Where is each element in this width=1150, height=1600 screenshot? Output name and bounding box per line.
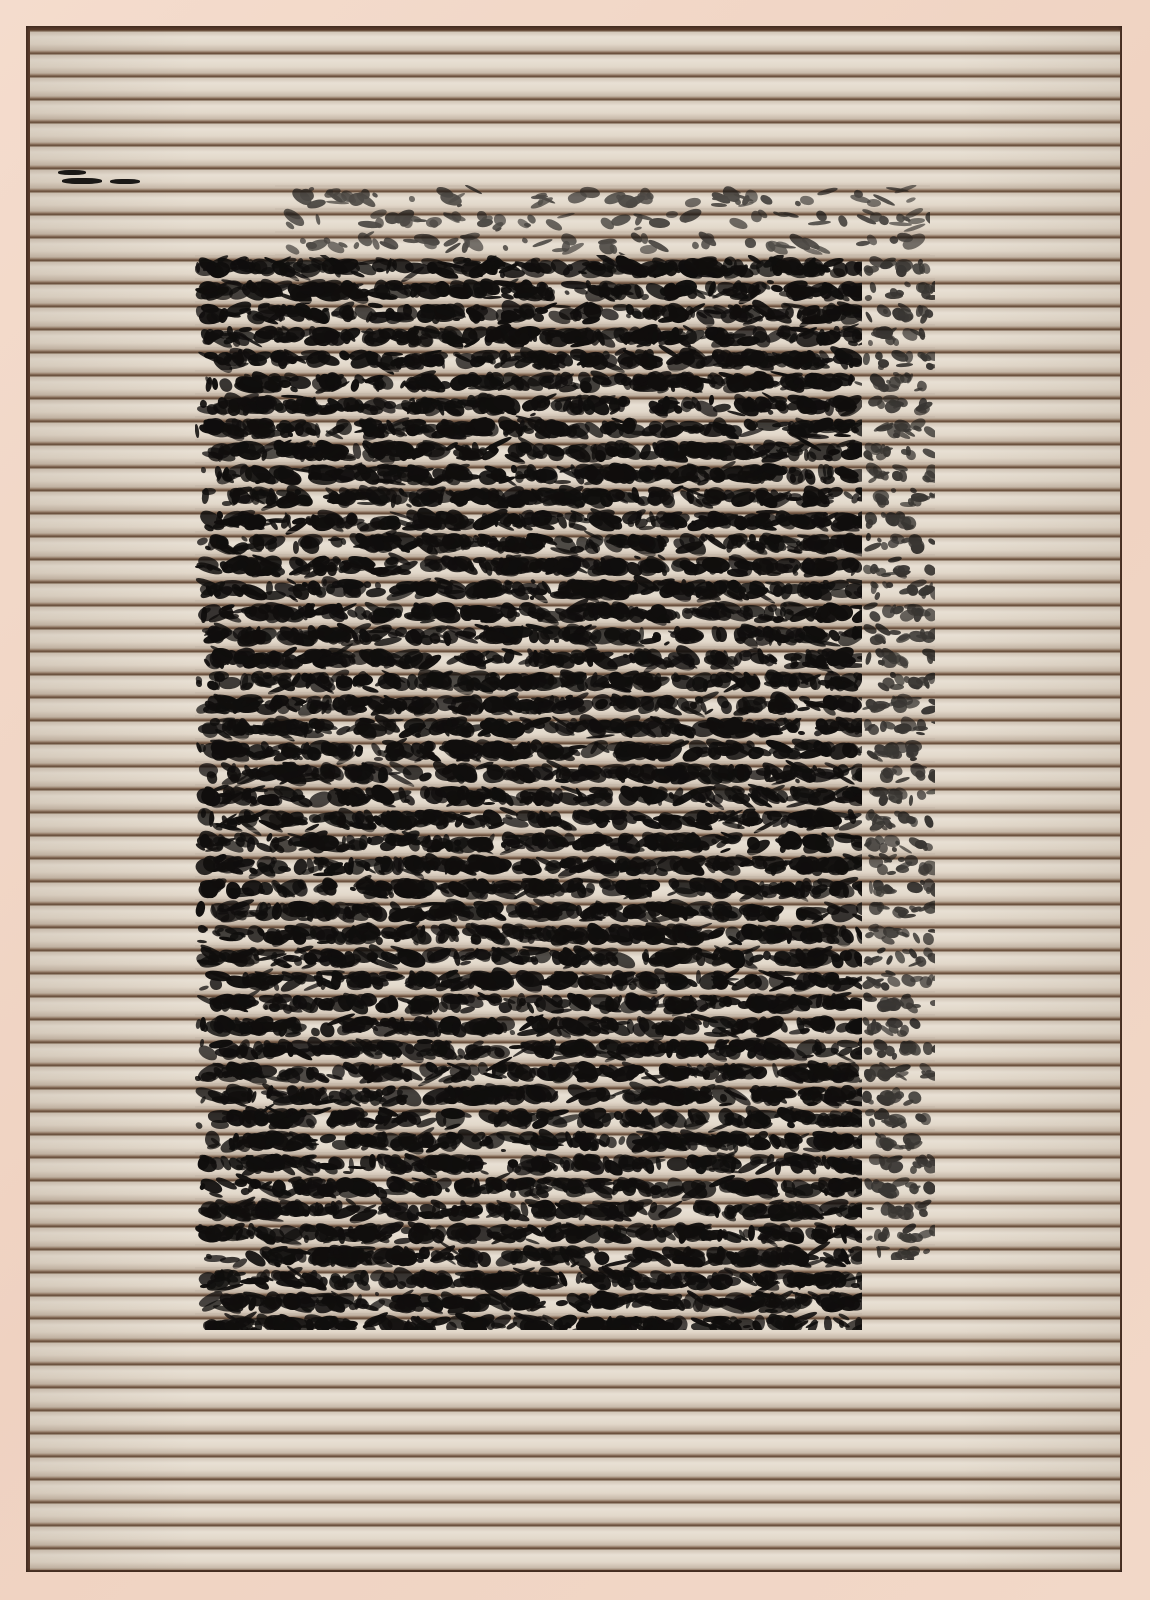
main-ink-block bbox=[195, 255, 862, 1330]
top-ink-band bbox=[275, 185, 930, 255]
right-ink-column bbox=[862, 255, 935, 1260]
corner-ink-mark bbox=[58, 168, 143, 188]
